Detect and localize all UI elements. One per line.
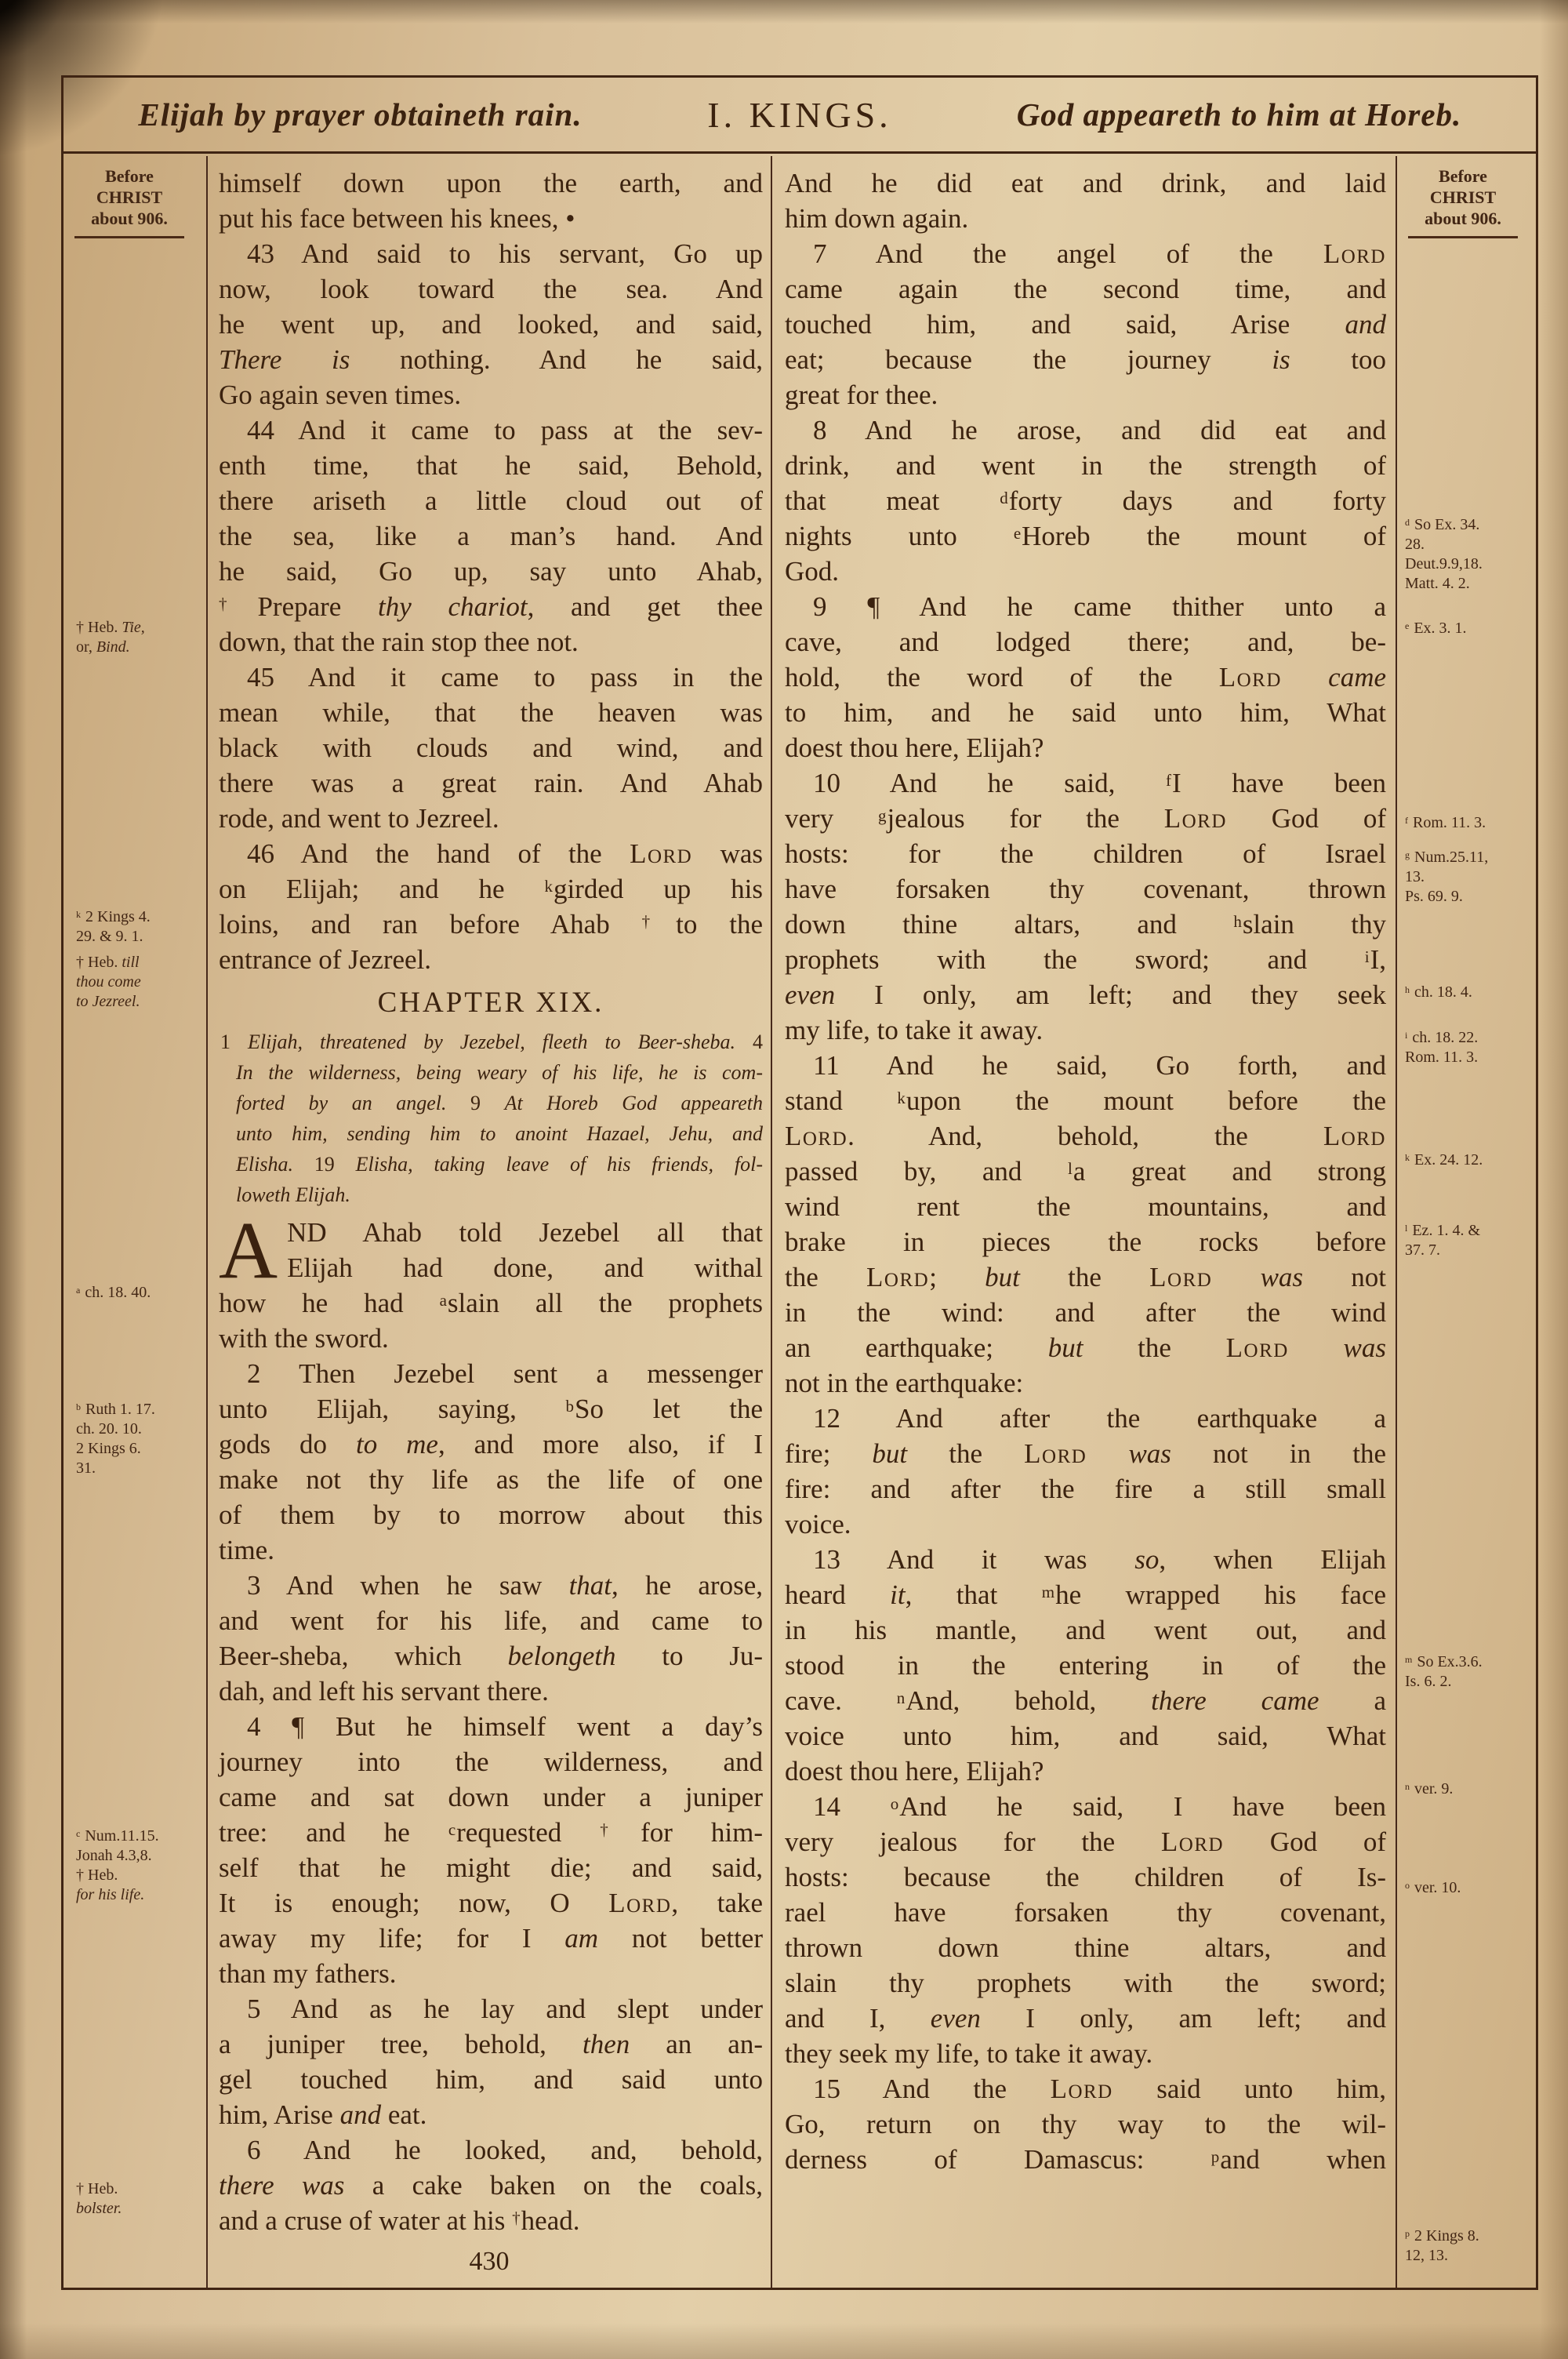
text-line: 9 ¶ And he came thither unto a — [785, 589, 1386, 624]
text-line: 45 And it came to pass in the — [219, 660, 763, 695]
text-line: hosts: because the children of Is- — [785, 1859, 1386, 1895]
margin-note-line: k Ex. 24. 12. — [1405, 1150, 1533, 1170]
text-line: eat; because the journey is too — [785, 342, 1386, 377]
margin-note-line: thou come — [76, 972, 203, 992]
margin-note-line: † Heb. — [76, 1866, 203, 1885]
text-line: hosts: for the children of Israel — [785, 836, 1386, 871]
margin-note-line: c Num.11.15. — [76, 1826, 203, 1846]
date-underline-rule — [1408, 236, 1518, 238]
verse-paragraph: 45 And it came to pass in themean while,… — [219, 660, 763, 836]
text-line: great for thee. — [785, 377, 1386, 413]
margin-cross-reference: a ch. 18. 40. — [76, 1283, 203, 1303]
text-line: and went for his life, and came to — [219, 1603, 763, 1638]
verse-paragraph: 11 And he said, Go forth, andstand kupon… — [785, 1048, 1386, 1401]
text-line: †Prepare thy chariot, and get thee — [219, 589, 763, 624]
margin-note-line: Is. 6. 2. — [1405, 1672, 1533, 1692]
date-underline-rule — [74, 236, 184, 238]
text-line: doest thou here, Elijah? — [785, 1754, 1386, 1789]
text-line: 7 And the angel of the Lord — [785, 236, 1386, 271]
margin-note-line: 13. — [1405, 867, 1533, 887]
text-line: voice. — [785, 1507, 1386, 1542]
text-line: of them by to morrow about this — [219, 1497, 763, 1532]
margin-note-line: to Jezreel. — [76, 992, 203, 1012]
margin-note-line: d So Ex. 34. — [1405, 515, 1533, 535]
text-line: cave, and lodged there; and, be- — [785, 624, 1386, 660]
margin-note-line: 29. & 9. 1. — [76, 927, 203, 947]
margin-note-line: Before — [70, 165, 189, 187]
text-line: 13 And it was so, when Elijah — [785, 1542, 1386, 1577]
text-line: derness of Damascus: pand when — [785, 2142, 1386, 2177]
text-line: ND Ahab told Jezebel all that — [219, 1215, 763, 1250]
text-line: In the wilderness, being weary of his li… — [219, 1057, 763, 1088]
text-line: 8 And he arose, and did eat and — [785, 413, 1386, 448]
text-line: he said, Go up, say unto Ahab, — [219, 554, 763, 589]
text-line: brake in pieces the rocks before — [785, 1224, 1386, 1259]
text-line: rode, and went to Jezreel. — [219, 801, 763, 836]
chapter-heading: CHAPTER XIX. — [219, 985, 763, 1020]
margin-note-line: or, Bind. — [76, 638, 203, 657]
text-line: now, look toward the sea. And — [219, 271, 763, 307]
verse-paragraph: 5 And as he lay and slept undera juniper… — [219, 1991, 763, 2132]
text-line: 46 And the hand of the Lord was — [219, 836, 763, 871]
margin-note-line: 2 Kings 6. — [76, 1439, 203, 1459]
text-line: the sea, like a man’s hand. And — [219, 518, 763, 554]
margin-note-line: a ch. 18. 40. — [76, 1283, 203, 1303]
text-line: in the wind: and after the wind — [785, 1295, 1386, 1330]
margin-note-line: o ver. 10. — [1405, 1878, 1533, 1898]
text-line: nights unto eHoreb the mount of — [785, 518, 1386, 554]
running-header: Elijah by prayer obtaineth rain. I. KING… — [64, 78, 1536, 154]
margin-note-line: 28. — [1405, 535, 1533, 554]
margin-note-line: ch. 20. 10. — [76, 1419, 203, 1439]
margin-cross-reference: k Ex. 24. 12. — [1405, 1150, 1533, 1170]
text-line: there was a great rain. And Ahab — [219, 765, 763, 801]
margin-cross-reference: † Heb. Tie,or, Bind. — [76, 618, 203, 657]
drop-cap: A — [219, 1215, 287, 1282]
margin-note-line: l Ez. 1. 4. & — [1405, 1221, 1533, 1241]
verse-paragraph: 13 And it was so, when Elijahheard it, t… — [785, 1542, 1386, 1789]
text-line: Elisha. 19 Elisha, taking leave of his f… — [219, 1149, 763, 1179]
text-line: slain thy prophets with the sword; — [785, 1965, 1386, 2001]
text-line: black with clouds and wind, and — [219, 730, 763, 765]
margin-cross-reference: n ver. 9. — [1405, 1779, 1533, 1799]
margin-note-line: Before — [1403, 165, 1523, 187]
text-line: and a cruse of water at his †head. — [219, 2203, 763, 2238]
margin-note-line: p 2 Kings 8. — [1405, 2226, 1533, 2246]
text-line: cave. nAnd, behold, there came a — [785, 1683, 1386, 1718]
margin-cross-reference: † Heb.bolster. — [76, 2179, 203, 2219]
margin-note-line: n ver. 9. — [1405, 1779, 1533, 1799]
text-line: a juniper tree, behold, then an an- — [219, 2026, 763, 2062]
text-line: the Lord; but the Lord was not — [785, 1259, 1386, 1295]
verse-paragraph: himself down upon the earth, andput his … — [219, 165, 763, 236]
margin-cross-reference: o ver. 10. — [1405, 1878, 1533, 1898]
text-line: my life, to take it away. — [785, 1012, 1386, 1048]
margin-note-line: 31. — [76, 1459, 203, 1478]
text-line: loins, and ran before Ahab †to the — [219, 907, 763, 942]
text-line: And he did eat and drink, and laid — [785, 165, 1386, 201]
page-body: BeforeCHRISTabout 906.† Heb. Tie,or, Bin… — [64, 156, 1536, 2288]
text-line: enth time, that he said, Behold, — [219, 448, 763, 483]
text-line: heard it, that mhe wrapped his face — [785, 1577, 1386, 1612]
text-line: drink, and went in the strength of — [785, 448, 1386, 483]
verse-paragraph: 2 Then Jezebel sent a messengerunto Elij… — [219, 1356, 763, 1568]
text-line: stand kupon the mount before the — [785, 1083, 1386, 1118]
page-frame: Elijah by prayer obtaineth rain. I. KING… — [61, 75, 1538, 2290]
text-line: that meat dforty days and forty — [785, 483, 1386, 518]
text-line: than my fathers. — [219, 1956, 763, 1991]
text-line: down, that the rain stop thee not. — [219, 624, 763, 660]
text-line: loweth Elijah. — [219, 1179, 763, 1210]
margin-cross-reference: h ch. 18. 4. — [1405, 983, 1533, 1002]
text-line: fire; but the Lord was not in the — [785, 1436, 1386, 1471]
text-line: he went up, and looked, and said, — [219, 307, 763, 342]
text-line: Beer-sheba, which belongeth to Ju- — [219, 1638, 763, 1674]
margin-cross-reference: p 2 Kings 8.12, 13. — [1405, 2226, 1533, 2266]
verse-paragraph: 10 And he said, fI have beenvery gjealou… — [785, 765, 1386, 1048]
text-line: journey into the wilderness, and — [219, 1744, 763, 1779]
text-line: down thine altars, and hslain thy — [785, 907, 1386, 942]
margin-note-line: about 906. — [1403, 208, 1523, 229]
margin-note-line: b Ruth 1. 17. — [76, 1400, 203, 1419]
text-line: stood in the entering in of the — [785, 1648, 1386, 1683]
verse-paragraph: 3 And when he saw that, he arose,and wen… — [219, 1568, 763, 1709]
before-christ-date: BeforeCHRISTabout 906. — [1403, 165, 1523, 238]
margin-note-line: Matt. 4. 2. — [1405, 574, 1533, 594]
left-margin-column: BeforeCHRISTabout 906.† Heb. Tie,or, Bin… — [64, 156, 206, 2288]
margin-note-line: g Num.25.11, — [1405, 848, 1533, 867]
margin-cross-reference: k 2 Kings 4.29. & 9. 1. — [76, 907, 203, 947]
header-book-title: I. KINGS. — [635, 94, 964, 136]
margin-note-line: CHRIST — [70, 187, 189, 208]
margin-note-line: bolster. — [76, 2199, 203, 2219]
text-line: make not thy life as the life of one — [219, 1462, 763, 1497]
text-line: touched him, and said, Arise and — [785, 307, 1386, 342]
text-line: gods do to me, and more also, if I — [219, 1427, 763, 1462]
verse-paragraph-dropcap: AND Ahab told Jezebel all thatElijah had… — [219, 1215, 763, 1356]
margin-cross-reference: m So Ex.3.6.Is. 6. 2. — [1405, 1652, 1533, 1692]
text-line: wind rent the mountains, and — [785, 1189, 1386, 1224]
text-line: with the sword. — [219, 1321, 763, 1356]
verse-paragraph: 7 And the angel of the Lordcame again th… — [785, 236, 1386, 413]
verse-paragraph: 44 And it came to pass at the sev-enth t… — [219, 413, 763, 660]
margin-cross-reference: d So Ex. 34.28.Deut.9.9,18.Matt. 4. 2. — [1405, 515, 1533, 594]
text-line: 3 And when he saw that, he arose, — [219, 1568, 763, 1603]
scanned-bible-page: { "header": { "left": "Elijah by prayer … — [0, 0, 1568, 2359]
text-line: gel touched him, and said unto — [219, 2062, 763, 2097]
margin-cross-reference: b Ruth 1. 17.ch. 20. 10.2 Kings 6.31. — [76, 1400, 203, 1478]
margin-cross-reference: c Num.11.15.Jonah 4.3,8.† Heb.for his li… — [76, 1826, 203, 1905]
text-line: passed by, and la great and strong — [785, 1154, 1386, 1189]
margin-note-line: h ch. 18. 4. — [1405, 983, 1533, 1002]
text-line: time. — [219, 1532, 763, 1568]
text-line: entrance of Jezreel. — [219, 942, 763, 977]
margin-note-line: Deut.9.9,18. — [1405, 554, 1533, 574]
text-line: unto Elijah, saying, bSo let the — [219, 1391, 763, 1427]
text-line: thrown down thine altars, and — [785, 1930, 1386, 1965]
text-line: 2 Then Jezebel sent a messenger — [219, 1356, 763, 1391]
text-line: there ariseth a little cloud out of — [219, 483, 763, 518]
verse-paragraph: 12 And after the earthquake afire; but t… — [785, 1401, 1386, 1542]
margin-note-line: i ch. 18. 22. — [1405, 1028, 1533, 1048]
text-line: him, Arise and eat. — [219, 2097, 763, 2132]
margin-note-line: Rom. 11. 3. — [1405, 1048, 1533, 1067]
verse-paragraph: 9 ¶ And he came thither unto acave, and … — [785, 589, 1386, 765]
margin-note-line: f Rom. 11. 3. — [1405, 813, 1533, 833]
verse-paragraph: And he did eat and drink, and laidhim do… — [785, 165, 1386, 236]
margin-cross-reference: g Num.25.11,13.Ps. 69. 9. — [1405, 848, 1533, 907]
text-line: 6 And he looked, and, behold, — [219, 2132, 763, 2168]
margin-note-line: e Ex. 3. 1. — [1405, 619, 1533, 638]
text-line: not in the earthquake: — [785, 1365, 1386, 1401]
margin-note-line: CHRIST — [1403, 187, 1523, 208]
text-line: to him, and he said unto him, What — [785, 695, 1386, 730]
verse-paragraph: 6 And he looked, and, behold,there was a… — [219, 2132, 763, 2238]
verse-paragraph: 46 And the hand of the Lord wason Elijah… — [219, 836, 763, 977]
header-left-title: Elijah by prayer obtaineth rain. — [85, 96, 635, 133]
text-line: Elijah had done, and withal — [219, 1250, 763, 1285]
text-line: 15 And the Lord said unto him, — [785, 2071, 1386, 2106]
text-line: 12 And after the earthquake a — [785, 1401, 1386, 1436]
text-line: in his mantle, and went out, and — [785, 1612, 1386, 1648]
text-line: dah, and left his servant there. — [219, 1674, 763, 1709]
margin-note-line: Jonah 4.3,8. — [76, 1846, 203, 1866]
margin-cross-reference: e Ex. 3. 1. — [1405, 619, 1533, 638]
text-line: 1 Elijah, threatened by Jezebel, fleeth … — [219, 1027, 763, 1057]
text-line: voice unto him, and said, What — [785, 1718, 1386, 1754]
before-christ-date: BeforeCHRISTabout 906. — [70, 165, 189, 238]
text-line: It is enough; now, O Lord, take — [219, 1885, 763, 1921]
text-line: Lord. And, behold, the Lord — [785, 1118, 1386, 1154]
margin-note-line: † Heb. — [76, 2179, 203, 2199]
text-line: there was a cake baken on the coals, — [219, 2168, 763, 2203]
text-line: tree: and he crequested †for him- — [219, 1815, 763, 1850]
left-text-column: himself down upon the earth, andput his … — [208, 156, 771, 2288]
margin-note-line: k 2 Kings 4. — [76, 907, 203, 927]
text-line: Go again seven times. — [219, 377, 763, 413]
text-line: very jealous for the Lord God of — [785, 1824, 1386, 1859]
text-line: rael have forsaken thy covenant, — [785, 1895, 1386, 1930]
margin-note-line: about 906. — [70, 208, 189, 229]
text-line: 11 And he said, Go forth, and — [785, 1048, 1386, 1083]
text-line: 5 And as he lay and slept under — [219, 1991, 763, 2026]
text-line: have forsaken thy covenant, thrown — [785, 871, 1386, 907]
text-line: 10 And he said, fI have been — [785, 765, 1386, 801]
margin-cross-reference: † Heb. tillthou cometo Jezreel. — [76, 953, 203, 1012]
text-line: 4 ¶ But he himself went a day’s — [219, 1709, 763, 1744]
verse-paragraph: 43 And said to his servant, Go upnow, lo… — [219, 236, 763, 413]
verse-paragraph: 15 And the Lord said unto him,Go, return… — [785, 2071, 1386, 2177]
text-line: how he had aslain all the prophets — [219, 1285, 763, 1321]
margin-note-line: m So Ex.3.6. — [1405, 1652, 1533, 1672]
text-line: mean while, that the heaven was — [219, 695, 763, 730]
verse-paragraph: 14 oAnd he said, I have beenvery jealous… — [785, 1789, 1386, 2071]
text-line: an earthquake; but the Lord was — [785, 1330, 1386, 1365]
text-line: unto him, sending him to anoint Hazael, … — [219, 1118, 763, 1149]
text-line: put his face between his knees, • — [219, 201, 763, 236]
chapter-summary: 1 Elijah, threatened by Jezebel, fleeth … — [219, 1027, 763, 1210]
text-line: 14 oAnd he said, I have been — [785, 1789, 1386, 1824]
text-line: came and sat down under a juniper — [219, 1779, 763, 1815]
margin-note-line: † Heb. Tie, — [76, 618, 203, 638]
text-line: self that he might die; and said, — [219, 1850, 763, 1885]
text-line: even I only, am left; and they seek — [785, 977, 1386, 1012]
text-line: God. — [785, 554, 1386, 589]
text-line: and I, even I only, am left; and — [785, 2001, 1386, 2036]
text-line: 44 And it came to pass at the sev- — [219, 413, 763, 448]
margin-note-line: Ps. 69. 9. — [1405, 887, 1533, 907]
text-line: on Elijah; and he kgirded up his — [219, 871, 763, 907]
text-line: they seek my life, to take it away. — [785, 2036, 1386, 2071]
margin-cross-reference: l Ez. 1. 4. &37. 7. — [1405, 1221, 1533, 1260]
text-line: Go, return on thy way to the wil- — [785, 2106, 1386, 2142]
right-margin-column: BeforeCHRISTabout 906.d So Ex. 34.28.Deu… — [1397, 156, 1536, 2288]
margin-cross-reference: i ch. 18. 22.Rom. 11. 3. — [1405, 1028, 1533, 1067]
text-line: prophets with the sword; and iI, — [785, 942, 1386, 977]
verse-paragraph: 8 And he arose, and did eat anddrink, an… — [785, 413, 1386, 589]
text-line: 43 And said to his servant, Go up — [219, 236, 763, 271]
margin-note-line: 12, 13. — [1405, 2246, 1533, 2266]
right-text-column: And he did eat and drink, and laidhim do… — [772, 156, 1396, 2288]
text-line: himself down upon the earth, and — [219, 165, 763, 201]
text-line: came again the second time, and — [785, 271, 1386, 307]
margin-note-line: 37. 7. — [1405, 1241, 1533, 1260]
text-line: hold, the word of the Lord came — [785, 660, 1386, 695]
text-line: very gjealous for the Lord God of — [785, 801, 1386, 836]
page-number: 430 — [208, 2247, 771, 2277]
margin-note-line: † Heb. till — [76, 953, 203, 972]
text-line: away my life; for I am not better — [219, 1921, 763, 1956]
text-line: doest thou here, Elijah? — [785, 730, 1386, 765]
text-line: fire: and after the fire a still small — [785, 1471, 1386, 1507]
margin-note-line: for his life. — [76, 1885, 203, 1905]
text-line: forted by an angel. 9 At Horeb God appea… — [219, 1088, 763, 1118]
header-right-title: God appeareth to him at Horeb. — [964, 96, 1514, 133]
margin-cross-reference: f Rom. 11. 3. — [1405, 813, 1533, 833]
text-line: him down again. — [785, 201, 1386, 236]
verse-paragraph: 4 ¶ But he himself went a day’sjourney i… — [219, 1709, 763, 1991]
text-line: There is nothing. And he said, — [219, 342, 763, 377]
